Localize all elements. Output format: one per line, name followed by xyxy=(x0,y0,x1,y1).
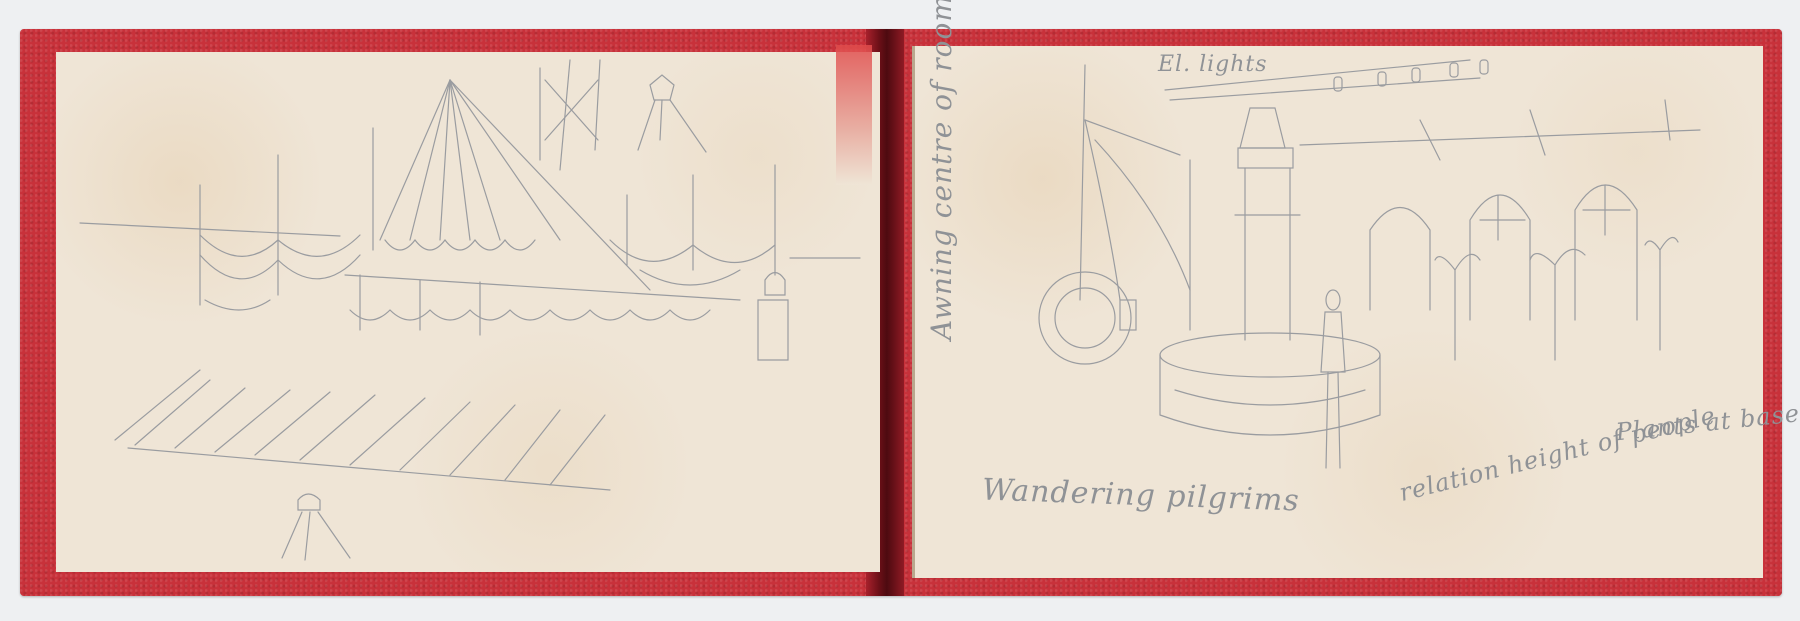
annotation-awning: Awning centre of room xyxy=(925,0,959,340)
right-sketch-plants xyxy=(1435,238,1678,361)
right-sketch-figure xyxy=(1321,290,1345,468)
annotation-lights: El. lights xyxy=(1158,52,1268,77)
right-sketch-fountain xyxy=(1160,108,1380,435)
left-sketch-figure xyxy=(758,273,788,361)
right-sketch-life-ring xyxy=(1039,272,1136,364)
right-sketch-arches xyxy=(1300,100,1700,320)
left-sketch-canopy xyxy=(345,80,740,335)
left-sketch-hanging-lamp-top xyxy=(638,75,706,152)
pencil-sketches xyxy=(0,0,1800,621)
left-sketch-floor xyxy=(115,370,610,490)
left-sketch-lattice xyxy=(540,60,600,170)
left-sketch-hanging-lamp-bottom xyxy=(282,494,350,560)
